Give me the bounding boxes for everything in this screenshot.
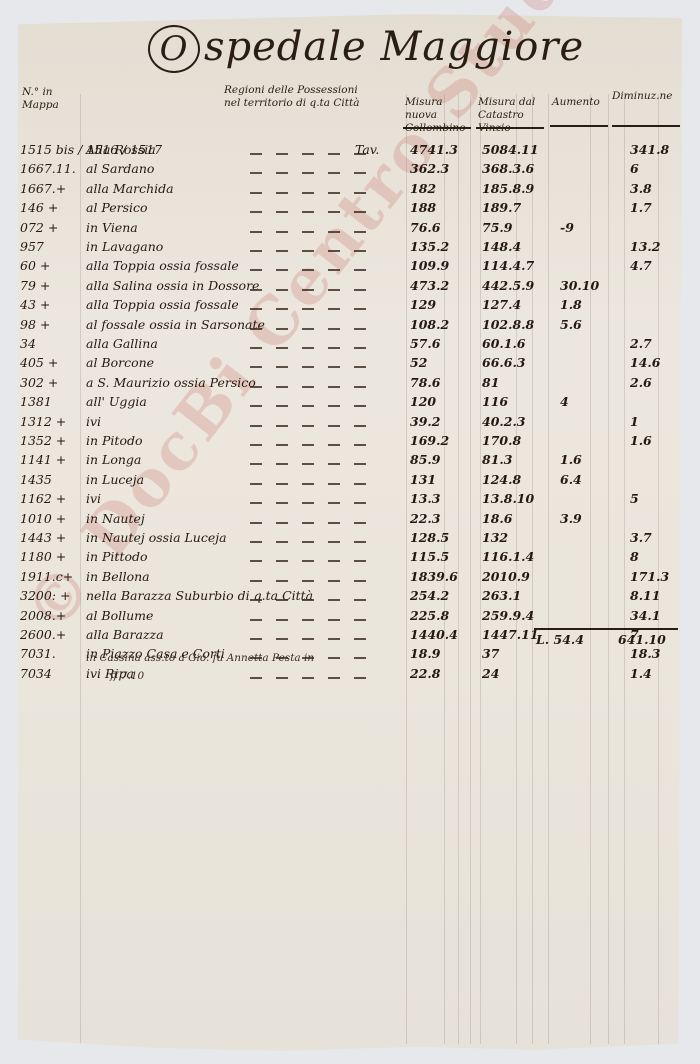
- misura-colombino: 1839.6: [410, 569, 458, 584]
- filler-dash: [354, 347, 366, 349]
- diminuzione-value: 4.7: [630, 258, 652, 273]
- filler-dash: [250, 231, 262, 233]
- map-number: 146 +: [20, 200, 58, 215]
- diminuzione-value: 2.7: [630, 336, 652, 351]
- table-row: 1667.+alla Marchida182185.8.93.8: [0, 181, 700, 201]
- filler-dash: [302, 347, 314, 349]
- filler-dash: [328, 386, 340, 388]
- filler-dash: [354, 269, 366, 271]
- filler-dash: [354, 599, 366, 601]
- table-row: 405 +al Borcone5266.6.314.6: [0, 355, 700, 375]
- filler-dash: [250, 541, 262, 543]
- map-number: 1180 +: [20, 549, 66, 564]
- filler-dash: [250, 619, 262, 621]
- table-row: 7034ivi Ripa22.8241.4: [0, 666, 700, 686]
- filler-dash: [276, 599, 288, 601]
- total-diminuzione: 641.10: [618, 632, 666, 647]
- region-name: Alla Rossia: [86, 142, 156, 157]
- misura-catastro: 127.4: [482, 297, 521, 312]
- header-misura-colombino: Misura nuova Collombino: [405, 96, 475, 135]
- misura-catastro: 13.8.10: [482, 491, 534, 506]
- misura-colombino: 120: [410, 394, 436, 409]
- misura-colombino: 108.2: [410, 317, 449, 332]
- map-number: 1435: [20, 472, 52, 487]
- filler-dash: [276, 541, 288, 543]
- header-rule: [612, 125, 680, 127]
- totals-rule: [534, 628, 678, 630]
- filler-dash: [250, 405, 262, 407]
- misura-catastro: 442.5.9: [482, 278, 534, 293]
- filler-dash: [328, 250, 340, 252]
- filler-dash: [328, 308, 340, 310]
- aumento-value: -9: [560, 220, 574, 235]
- filler-dash: [354, 463, 366, 465]
- filler-dash: [354, 483, 366, 485]
- map-number: 1911.c+: [20, 569, 73, 584]
- misura-catastro: 66.6.3: [482, 355, 526, 370]
- misura-colombino: 76.6: [410, 220, 440, 235]
- region-name: ivi: [86, 491, 101, 506]
- filler-dash: [354, 250, 366, 252]
- filler-dash: [250, 192, 262, 194]
- filler-dash: [354, 192, 366, 194]
- table-row: 60 +alla Toppia ossia fossale109.9114.4.…: [0, 258, 700, 278]
- diminuzione-value: 8: [630, 549, 639, 564]
- table-row: 43 +alla Toppia ossia fossale129127.41.8: [0, 297, 700, 317]
- misura-colombino: 182: [410, 181, 436, 196]
- filler-dash: [276, 463, 288, 465]
- misura-colombino: 129: [410, 297, 436, 312]
- filler-dash: [276, 269, 288, 271]
- map-number: 072 +: [20, 220, 58, 235]
- filler-dash: [328, 541, 340, 543]
- map-number: 1443 +: [20, 530, 66, 545]
- filler-dash: [276, 619, 288, 621]
- filler-dash: [354, 328, 366, 330]
- filler-dash: [250, 328, 262, 330]
- totals-row: L. 54.4 641.10: [0, 632, 700, 652]
- aumento-value: 1.8: [560, 297, 582, 312]
- filler-dash: [250, 386, 262, 388]
- filler-dash: [276, 444, 288, 446]
- map-number: 1381: [20, 394, 52, 409]
- misura-catastro: 2010.9: [482, 569, 530, 584]
- region-name: alla Salina ossia in Dossore: [86, 278, 259, 293]
- filler-dash: [302, 444, 314, 446]
- misura-catastro: 40.2.3: [482, 414, 526, 429]
- region-name: alla Toppia ossia fossale: [86, 297, 239, 312]
- filler-dash: [250, 250, 262, 252]
- filler-dash: [276, 560, 288, 562]
- table-row: 1667.11.al Sardano362.3368.3.66: [0, 161, 700, 181]
- aumento-value: 30.10: [560, 278, 599, 293]
- table-row: 3200: +nella Barazza Suburbio di q.ta Ci…: [0, 588, 700, 608]
- filler-dash: [250, 677, 262, 679]
- filler-dash: [302, 231, 314, 233]
- filler-dash: [302, 211, 314, 213]
- misura-colombino: 78.6: [410, 375, 440, 390]
- misura-catastro: 5084.11: [482, 142, 539, 157]
- region-name: in Nautej ossia Luceja: [86, 530, 227, 545]
- map-number: 1667.11.: [20, 161, 76, 176]
- misura-colombino: 4741.3: [410, 142, 458, 157]
- region-name: alla Toppia ossia fossale: [86, 258, 239, 273]
- filler-dash: [354, 425, 366, 427]
- misura-catastro: 148.4: [482, 239, 521, 254]
- filler-dash: [276, 483, 288, 485]
- filler-dash: [250, 425, 262, 427]
- filler-dash: [276, 386, 288, 388]
- header-diminuzione: Diminuz.ne: [612, 90, 672, 103]
- filler-dash: [302, 269, 314, 271]
- filler-dash: [276, 405, 288, 407]
- aumento-value: 4: [560, 394, 569, 409]
- filler-dash: [302, 463, 314, 465]
- misura-catastro: 170.8: [482, 433, 521, 448]
- misura-colombino: 52: [410, 355, 427, 370]
- filler-dash: [250, 560, 262, 562]
- map-number: 1312 +: [20, 414, 66, 429]
- diminuzione-value: 171.3: [630, 569, 669, 584]
- diminuzione-value: 8.11: [630, 588, 660, 603]
- filler-dash: [302, 541, 314, 543]
- filler-dash: [250, 502, 262, 504]
- filler-dash: [354, 657, 366, 659]
- region-name: in Pitodo: [86, 433, 143, 448]
- aumento-value: 5.6: [560, 317, 582, 332]
- table-row: 1141 +in Longa85.981.31.6: [0, 452, 700, 472]
- filler-dash: [328, 172, 340, 174]
- map-number: 79 +: [20, 278, 50, 293]
- map-number: 1352 +: [20, 433, 66, 448]
- diminuzione-value: 6: [630, 161, 639, 176]
- table-row: 1180 +in Pittodo115.5116.1.48: [0, 549, 700, 569]
- misura-catastro: 75.9: [482, 220, 512, 235]
- region-name: a S. Maurizio ossia Persico: [86, 375, 256, 390]
- misura-catastro: 81: [482, 375, 499, 390]
- region-name: in Pittodo: [86, 549, 148, 564]
- filler-dash: [276, 328, 288, 330]
- misura-colombino: 115.5: [410, 549, 449, 564]
- table-row: 2008.+al Bollume225.8259.9.434.1: [0, 608, 700, 628]
- filler-dash: [354, 153, 366, 155]
- filler-dash: [250, 463, 262, 465]
- filler-dash: [302, 153, 314, 155]
- misura-catastro: 368.3.6: [482, 161, 534, 176]
- misura-colombino: 254.2: [410, 588, 449, 603]
- map-number: 957: [20, 239, 44, 254]
- filler-dash: [250, 153, 262, 155]
- filler-dash: [250, 444, 262, 446]
- header-rule: [476, 127, 544, 129]
- misura-colombino: 188: [410, 200, 436, 215]
- filler-dash: [354, 580, 366, 582]
- misura-catastro: 263.1: [482, 588, 521, 603]
- diminuzione-value: 13.2: [630, 239, 660, 254]
- filler-dash: [328, 483, 340, 485]
- filler-dash: [276, 502, 288, 504]
- filler-dash: [276, 172, 288, 174]
- diminuzione-value: 14.6: [630, 355, 660, 370]
- filler-dash: [276, 677, 288, 679]
- misura-catastro: 189.7: [482, 200, 521, 215]
- region-name: in Bellona: [86, 569, 150, 584]
- region-name: al Persico: [86, 200, 148, 215]
- filler-dash: [302, 522, 314, 524]
- misura-colombino: 22.3: [410, 511, 440, 526]
- filler-dash: [250, 347, 262, 349]
- region-name: alla Marchida: [86, 181, 174, 196]
- diminuzione-value: 1.4: [630, 666, 652, 681]
- filler-dash: [354, 405, 366, 407]
- diminuzione-value: 34.1: [630, 608, 660, 623]
- misura-colombino: 131: [410, 472, 436, 487]
- table-row: 1435in Luceja131124.86.4: [0, 472, 700, 492]
- filler-dash: [302, 619, 314, 621]
- filler-dash: [302, 192, 314, 194]
- filler-dash: [354, 308, 366, 310]
- filler-dash: [354, 619, 366, 621]
- filler-dash: [276, 231, 288, 233]
- filler-dash: [354, 366, 366, 368]
- filler-dash: [302, 599, 314, 601]
- filler-dash: [250, 289, 262, 291]
- filler-dash: [250, 522, 262, 524]
- table-row: 1010 +in Nautej22.318.63.9: [0, 511, 700, 531]
- filler-dash: [276, 580, 288, 582]
- filler-dash: [250, 308, 262, 310]
- filler-dash: [328, 269, 340, 271]
- misura-colombino: 473.2: [410, 278, 449, 293]
- misura-catastro: 102.8.8: [482, 317, 534, 332]
- region-name: all' Uggia: [86, 394, 147, 409]
- filler-dash: [302, 560, 314, 562]
- filler-dash: [328, 192, 340, 194]
- filler-dash: [328, 463, 340, 465]
- map-number: 3200: +: [20, 588, 70, 603]
- map-number: 1010 +: [20, 511, 66, 526]
- filler-dash: [276, 153, 288, 155]
- filler-dash: [328, 366, 340, 368]
- filler-dash: [328, 560, 340, 562]
- misura-colombino: 109.9: [410, 258, 449, 273]
- map-number: 405 +: [20, 355, 58, 370]
- region-name: in Nautej: [86, 511, 145, 526]
- filler-dash: [354, 289, 366, 291]
- filler-dash: [328, 211, 340, 213]
- region-name: al fossale ossia in Sarsonate: [86, 317, 265, 332]
- filler-dash: [302, 580, 314, 582]
- table-row: 1515 bis / 1516 / 1517Alla RossiaTav.474…: [0, 142, 700, 162]
- table-row: 1443 +in Nautej ossia Luceja128.51323.7: [0, 530, 700, 550]
- filler-dash: [302, 483, 314, 485]
- filler-dash: [328, 153, 340, 155]
- filler-dash: [328, 677, 340, 679]
- region-name: ivi: [86, 414, 101, 429]
- filler-dash: [302, 425, 314, 427]
- filler-dash: [354, 444, 366, 446]
- map-number: 2008.+: [20, 608, 66, 623]
- misura-colombino: 13.3: [410, 491, 440, 506]
- filler-dash: [328, 522, 340, 524]
- diminuzione-value: 1: [630, 414, 639, 429]
- misura-catastro: 185.8.9: [482, 181, 534, 196]
- header-rule: [403, 127, 471, 129]
- map-number: 1141 +: [20, 452, 66, 467]
- misura-catastro: 18.6: [482, 511, 512, 526]
- table-row: 302 +a S. Maurizio ossia Persico78.6812.…: [0, 375, 700, 395]
- filler-dash: [354, 211, 366, 213]
- misura-catastro: 132: [482, 530, 508, 545]
- misura-catastro: 114.4.7: [482, 258, 534, 273]
- filler-dash: [276, 192, 288, 194]
- filler-dash: [302, 405, 314, 407]
- map-number: 34: [20, 336, 36, 351]
- map-number: 302 +: [20, 375, 58, 390]
- filler-dash: [250, 269, 262, 271]
- filler-dash: [354, 522, 366, 524]
- diminuzione-value: 5: [630, 491, 639, 506]
- filler-dash: [328, 657, 340, 659]
- title-initial: O: [148, 25, 200, 73]
- footer-note-amount: ff 7.10: [110, 670, 144, 682]
- diminuzione-value: 341.8: [630, 142, 669, 157]
- filler-dash: [276, 347, 288, 349]
- table-row: 146 +al Persico188189.71.7: [0, 200, 700, 220]
- filler-dash: [250, 366, 262, 368]
- filler-dash: [250, 172, 262, 174]
- misura-catastro: 116.1.4: [482, 549, 534, 564]
- filler-dash: [276, 211, 288, 213]
- filler-dash: [276, 425, 288, 427]
- filler-dash: [302, 308, 314, 310]
- table-row: 1162 +ivi13.313.8.105: [0, 491, 700, 511]
- diminuzione-value: 1.6: [630, 433, 652, 448]
- misura-colombino: 22.8: [410, 666, 440, 681]
- map-number: 1162 +: [20, 491, 66, 506]
- misura-colombino: 57.6: [410, 336, 440, 351]
- aumento-value: 1.6: [560, 452, 582, 467]
- title-rest: spedale Maggiore: [204, 24, 584, 70]
- misura-catastro: 124.8: [482, 472, 521, 487]
- misura-catastro: 24: [482, 666, 499, 681]
- map-number: 60 +: [20, 258, 50, 273]
- filler-dash: [354, 231, 366, 233]
- misura-colombino: 128.5: [410, 530, 449, 545]
- region-name: in Longa: [86, 452, 141, 467]
- misura-colombino: 85.9: [410, 452, 440, 467]
- filler-dash: [276, 308, 288, 310]
- filler-dash: [302, 366, 314, 368]
- header-map-number: N.° in Mappa: [22, 86, 72, 112]
- filler-dash: [354, 560, 366, 562]
- header-misura-catastro: Misura dal Catastro Vinzio: [478, 96, 548, 135]
- diminuzione-value: 3.8: [630, 181, 652, 196]
- region-name: al Bollume: [86, 608, 153, 623]
- misura-catastro: 60.1.6: [482, 336, 526, 351]
- filler-dash: [328, 328, 340, 330]
- map-number: 1667.+: [20, 181, 66, 196]
- table-row: 1352 +in Pitodo169.2170.81.6: [0, 433, 700, 453]
- filler-dash: [250, 483, 262, 485]
- region-name: in Lavagano: [86, 239, 163, 254]
- filler-dash: [276, 366, 288, 368]
- misura-colombino: 362.3: [410, 161, 449, 176]
- filler-dash: [328, 405, 340, 407]
- table-row: 34alla Gallina57.660.1.62.7: [0, 336, 700, 356]
- misura-colombino: 225.8: [410, 608, 449, 623]
- filler-dash: [302, 250, 314, 252]
- misura-catastro: 116: [482, 394, 508, 409]
- header-rule: [550, 125, 608, 127]
- region-name: in Viena: [86, 220, 138, 235]
- misura-catastro: 81.3: [482, 452, 512, 467]
- page-title: Ospedale Maggiore: [148, 24, 584, 73]
- table-row: 98 +al fossale ossia in Sarsonate108.210…: [0, 317, 700, 337]
- filler-dash: [328, 425, 340, 427]
- diminuzione-value: 1.7: [630, 200, 652, 215]
- filler-dash: [302, 502, 314, 504]
- table-row: 1911.c+in Bellona1839.62010.9171.3: [0, 569, 700, 589]
- aumento-value: 6.4: [560, 472, 582, 487]
- filler-dash: [250, 599, 262, 601]
- footer-note: in Cassina ass.to a Gio. fu Annetta Pest…: [86, 652, 314, 664]
- total-aumento: L. 54.4: [536, 632, 584, 647]
- filler-dash: [276, 250, 288, 252]
- header-aumento: Aumento: [552, 96, 612, 109]
- filler-dash: [250, 211, 262, 213]
- filler-dash: [328, 619, 340, 621]
- filler-dash: [328, 444, 340, 446]
- filler-dash: [354, 386, 366, 388]
- region-name: al Borcone: [86, 355, 154, 370]
- header-region: Regioni delle Possessioni nel territorio…: [224, 84, 374, 110]
- filler-dash: [302, 386, 314, 388]
- table-row: 79 +alla Salina ossia in Dossore473.2442…: [0, 278, 700, 298]
- filler-dash: [328, 289, 340, 291]
- map-number: 43 +: [20, 297, 50, 312]
- filler-dash: [328, 502, 340, 504]
- misura-colombino: 169.2: [410, 433, 449, 448]
- filler-dash: [328, 599, 340, 601]
- filler-dash: [302, 172, 314, 174]
- filler-dash: [354, 541, 366, 543]
- table-row: 072 +in Viena76.675.9-9: [0, 220, 700, 240]
- table-row: 1312 +ivi39.240.2.31: [0, 414, 700, 434]
- misura-colombino: 135.2: [410, 239, 449, 254]
- aumento-value: 3.9: [560, 511, 582, 526]
- filler-dash: [328, 580, 340, 582]
- diminuzione-value: 2.6: [630, 375, 652, 390]
- region-name: alla Gallina: [86, 336, 158, 351]
- table-row: 1381all' Uggia1201164: [0, 394, 700, 414]
- map-number: 7034: [20, 666, 52, 681]
- filler-dash: [302, 328, 314, 330]
- region-name: in Luceja: [86, 472, 144, 487]
- table-row: 957in Lavagano135.2148.413.2: [0, 239, 700, 259]
- filler-dash: [302, 677, 314, 679]
- filler-dash: [276, 289, 288, 291]
- filler-dash: [328, 231, 340, 233]
- filler-dash: [354, 502, 366, 504]
- filler-dash: [302, 289, 314, 291]
- diminuzione-value: 3.7: [630, 530, 652, 545]
- misura-catastro: 259.9.4: [482, 608, 534, 623]
- filler-dash: [276, 522, 288, 524]
- map-number: 98 +: [20, 317, 50, 332]
- filler-dash: [354, 677, 366, 679]
- filler-dash: [354, 172, 366, 174]
